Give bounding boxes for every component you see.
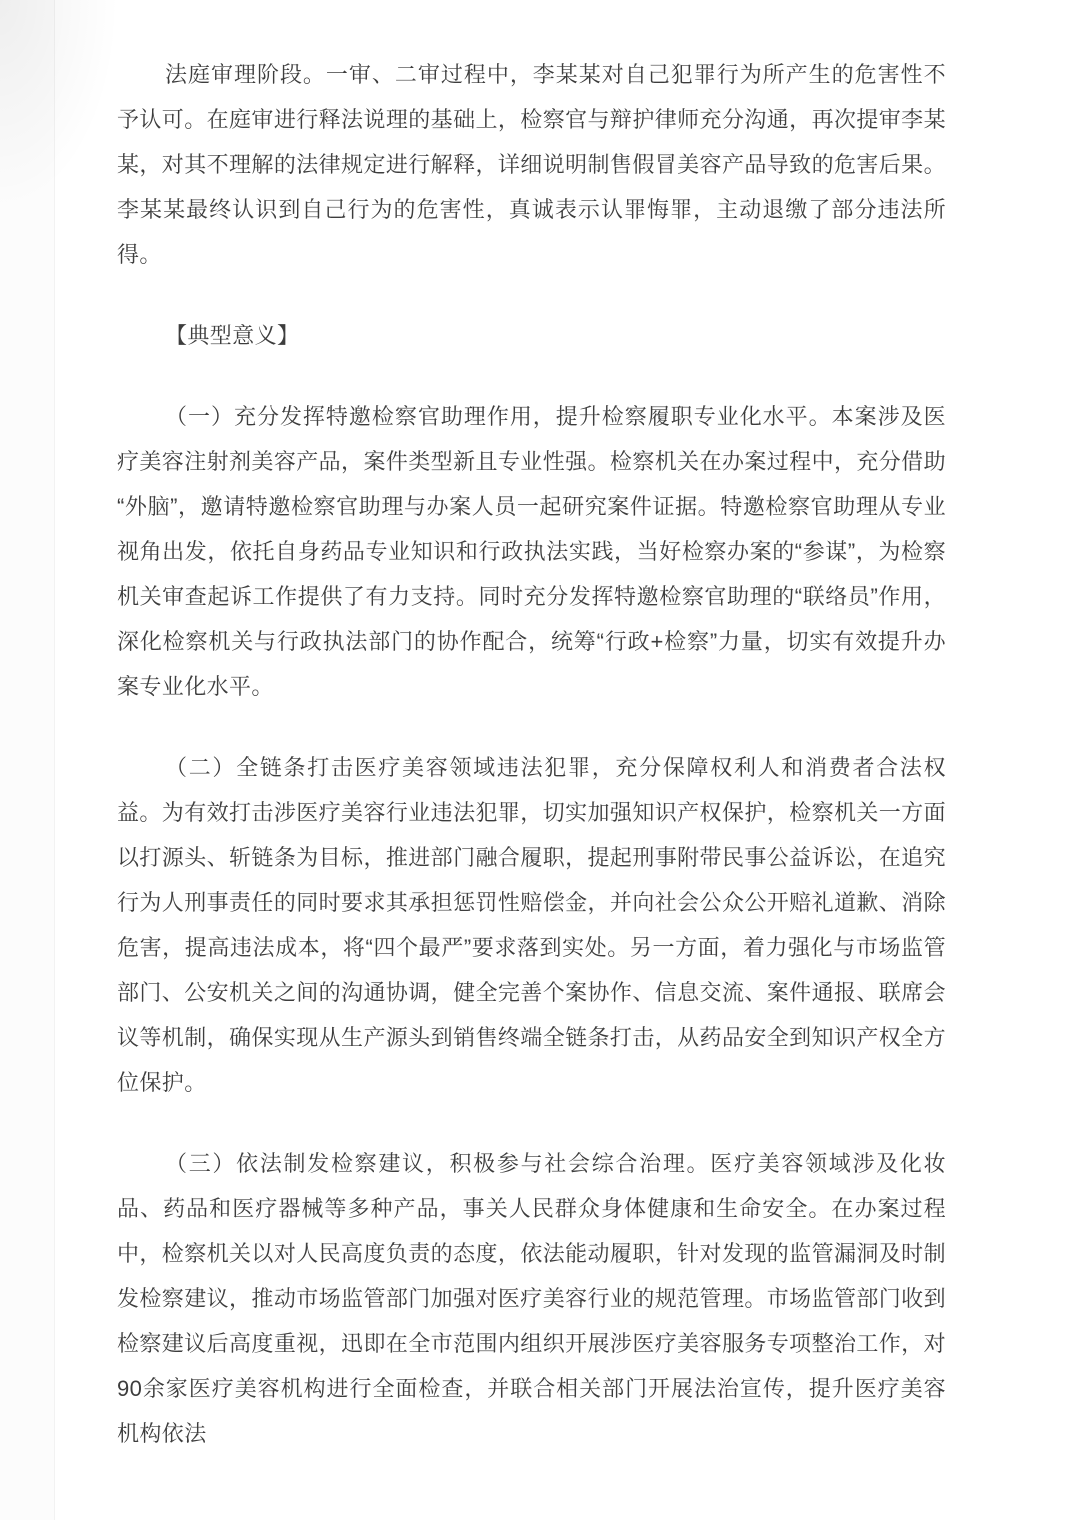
paragraph-significance-point-2: （二）全链条打击医疗美容领域违法犯罪，充分保障权利人和消费者合法权益。为有效打击… (117, 745, 946, 1105)
page-edge-strip (0, 0, 55, 1520)
section-heading-typical-significance: 【典型意义】 (117, 313, 946, 358)
paragraph-significance-point-3: （三）依法制发检察建议，积极参与社会综合治理。医疗美容领域涉及化妆品、药品和医疗… (117, 1141, 946, 1456)
paragraph-significance-point-1: （一）充分发挥特邀检察官助理作用，提升检察履职专业化水平。本案涉及医疗美容注射剂… (117, 394, 946, 709)
paragraph-court-trial-stage: 法庭审理阶段。一审、二审过程中，李某某对自己犯罪行为所产生的危害性不予认可。在庭… (117, 52, 946, 277)
document-page: 法庭审理阶段。一审、二审过程中，李某某对自己犯罪行为所产生的危害性不予认可。在庭… (117, 52, 946, 1492)
